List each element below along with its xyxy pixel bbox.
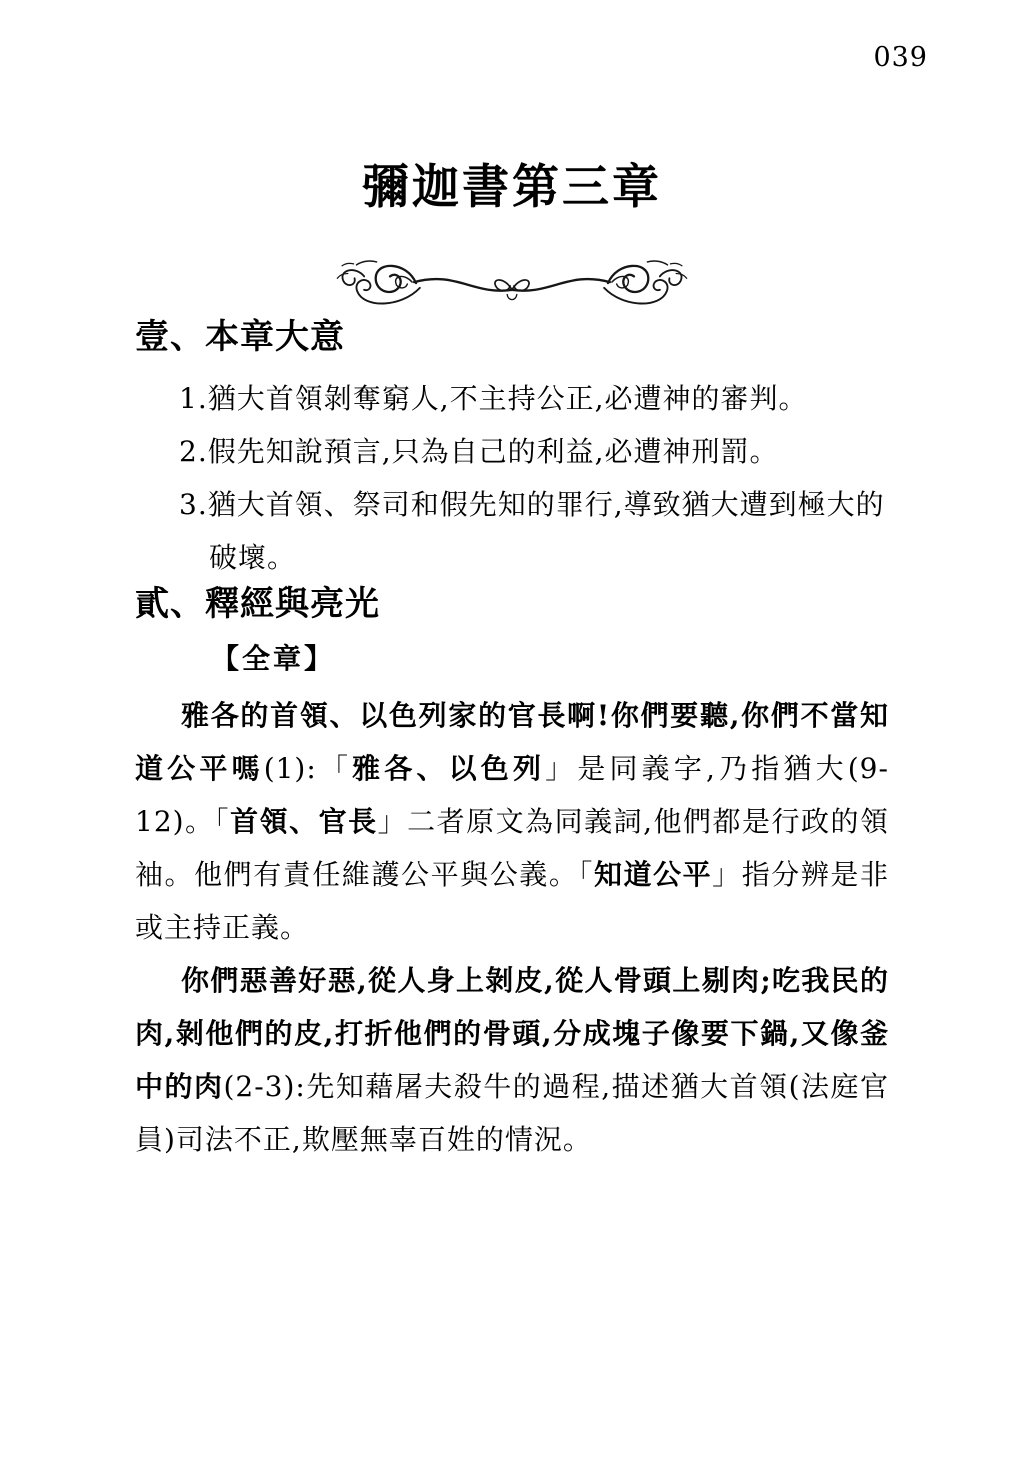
summary-item-1: 1.猶大首領剝奪窮人,不主持公正,必遭神的審判。	[179, 372, 889, 425]
document-page: 彌迦書第三章	[135, 0, 889, 1166]
subsection-heading-whole-chapter: 【全章】	[211, 637, 889, 677]
calligraphic-divider-ornament	[320, 253, 704, 317]
summary-item-3: 3.猶大首領、祭司和假先知的罪行,導致猶大遭到極大的破壞。	[179, 478, 889, 584]
commentary-paragraph-2: 你們惡善好惡,從人身上剝皮,從人骨頭上剔肉;吃我民的肉,剝他們的皮,打折他們的骨…	[135, 954, 889, 1166]
page-number: 039	[873, 42, 928, 73]
summary-item-2: 2.假先知說預言,只為自己的利益,必遭神刑罰。	[179, 425, 889, 478]
section-heading-exegesis: 貳、釋經與亮光	[135, 584, 889, 625]
commentary-body: 雅各的首領、以色列家的官長啊!你們要聽,你們不當知道公平嗎(1):「雅各、以色列…	[135, 689, 889, 1166]
commentary-paragraph-1: 雅各的首領、以色列家的官長啊!你們要聽,你們不當知道公平嗎(1):「雅各、以色列…	[135, 689, 889, 954]
chapter-summary-list: 1.猶大首領剝奪窮人,不主持公正,必遭神的審判。 2.假先知說預言,只為自己的利…	[135, 372, 889, 584]
section-heading-summary: 壹、本章大意	[135, 317, 889, 358]
chapter-title: 彌迦書第三章	[135, 150, 889, 217]
flourish-icon	[320, 253, 704, 317]
